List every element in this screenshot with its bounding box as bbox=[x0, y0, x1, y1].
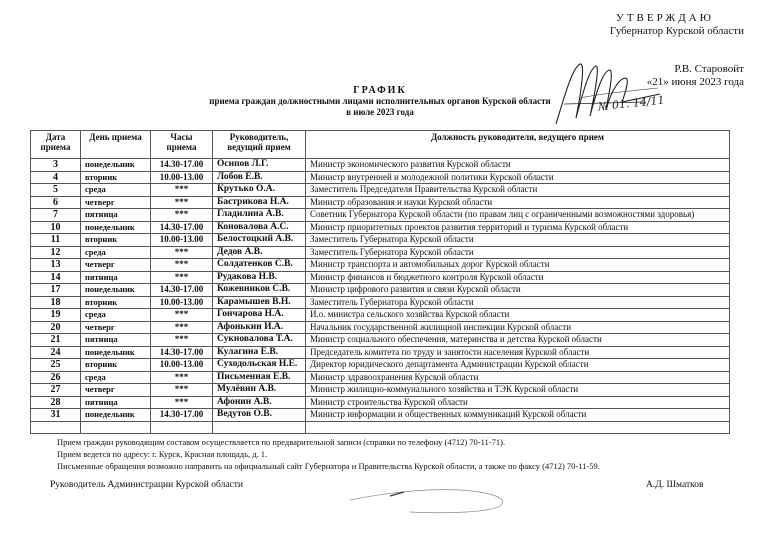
cell-head: Ведутов О.В. bbox=[213, 409, 306, 422]
note-written-appeals: Письменные обращения возможно направить … bbox=[57, 460, 600, 472]
cell-date: 19 bbox=[31, 309, 81, 322]
cell-day: вторник bbox=[81, 359, 151, 372]
cell-position: Советник Губернатора Курской области (по… bbox=[306, 209, 730, 222]
cell-hours: *** bbox=[151, 321, 213, 334]
cell-day: вторник bbox=[81, 234, 151, 247]
cell-head: Осипов Л.Г. bbox=[213, 159, 306, 172]
cell-day: пятница bbox=[81, 209, 151, 222]
header-day: День приема bbox=[81, 131, 151, 159]
cell-day: вторник bbox=[81, 296, 151, 309]
cell-date: 4 bbox=[31, 171, 81, 184]
cell-position: Министр здравоохранения Курской области bbox=[306, 371, 730, 384]
cell-head: Дедов А.В. bbox=[213, 246, 306, 259]
cell-hours: 10.00-13.00 bbox=[151, 296, 213, 309]
cell-hours: *** bbox=[151, 396, 213, 409]
cell-head: Афонин А.В. bbox=[213, 396, 306, 409]
cell-position: Заместитель Губернатора Курской области bbox=[306, 296, 730, 309]
title-main: ГРАФИК bbox=[180, 85, 580, 96]
header-position: Должность руководителя, ведущего прием bbox=[306, 131, 730, 159]
cell-day: понедельник bbox=[81, 221, 151, 234]
cell-hours: *** bbox=[151, 271, 213, 284]
cell-date: 6 bbox=[31, 196, 81, 209]
cell-date: 18 bbox=[31, 296, 81, 309]
cell-date: 3 bbox=[31, 159, 81, 172]
cell-position: Министр строительства Курской области bbox=[306, 396, 730, 409]
cell-position: Министр внутренней и молодежной политики… bbox=[306, 171, 730, 184]
empty-cell bbox=[31, 421, 81, 433]
cell-day: пятница bbox=[81, 334, 151, 347]
cell-date: 21 bbox=[31, 334, 81, 347]
cell-hours: *** bbox=[151, 196, 213, 209]
cell-day: четверг bbox=[81, 321, 151, 334]
cell-hours: 14.30-17.00 bbox=[151, 159, 213, 172]
approval-block: УТВЕРЖДАЮ Губернатор Курской области Р.В… bbox=[560, 12, 750, 38]
cell-hours: 14.30-17.00 bbox=[151, 409, 213, 422]
table-row: 28пятница***Афонин А.В.Министр строитель… bbox=[31, 396, 730, 409]
cell-position: Министр образования и науки Курской обла… bbox=[306, 196, 730, 209]
cell-head: Карамышев В.Н. bbox=[213, 296, 306, 309]
cell-date: 10 bbox=[31, 221, 81, 234]
cell-hours: 10.00-13.00 bbox=[151, 171, 213, 184]
table-row-empty bbox=[31, 421, 730, 433]
cell-position: Министр финансов и бюджетного контроля К… bbox=[306, 271, 730, 284]
empty-cell bbox=[151, 421, 213, 433]
table-row: 5среда***Крутько О.А.Заместитель Председ… bbox=[31, 184, 730, 197]
cell-hours: 14.30-17.00 bbox=[151, 346, 213, 359]
cell-head: Мулёвин А.В. bbox=[213, 384, 306, 397]
cell-position: Министр информации и общественных коммун… bbox=[306, 409, 730, 422]
empty-cell bbox=[306, 421, 730, 433]
cell-day: понедельник bbox=[81, 409, 151, 422]
cell-head: Белостоцкий А.В. bbox=[213, 234, 306, 247]
cell-head: Кулагина Е.В. bbox=[213, 346, 306, 359]
cell-date: 17 bbox=[31, 284, 81, 297]
schedule-body: 3понедельник14.30-17.00Осипов Л.Г.Минист… bbox=[31, 159, 730, 434]
cell-date: 5 bbox=[31, 184, 81, 197]
table-row: 12среда***Дедов А.В.Заместитель Губернат… bbox=[31, 246, 730, 259]
cell-head: Лобов Е.В. bbox=[213, 171, 306, 184]
cell-date: 26 bbox=[31, 371, 81, 384]
table-row: 3понедельник14.30-17.00Осипов Л.Г.Минист… bbox=[31, 159, 730, 172]
cell-day: среда bbox=[81, 184, 151, 197]
cell-date: 20 bbox=[31, 321, 81, 334]
cell-head: Крутько О.А. bbox=[213, 184, 306, 197]
cell-head: Коновалова А.С. bbox=[213, 221, 306, 234]
table-row: 31понедельник14.30-17.00Ведутов О.В.Мини… bbox=[31, 409, 730, 422]
cell-day: понедельник bbox=[81, 346, 151, 359]
cell-hours: 10.00-13.00 bbox=[151, 234, 213, 247]
cell-hours: *** bbox=[151, 184, 213, 197]
cell-date: 31 bbox=[31, 409, 81, 422]
cell-date: 14 bbox=[31, 271, 81, 284]
cell-head: Гончарова Н.А. bbox=[213, 309, 306, 322]
notes-block: Прием граждан руководящим составом осуще… bbox=[57, 436, 600, 472]
table-row: 14пятница***Рудакова Н.В.Министр финансо… bbox=[31, 271, 730, 284]
cell-hours: 14.30-17.00 bbox=[151, 284, 213, 297]
footer-position: Руководитель Администрации Курской облас… bbox=[50, 480, 243, 490]
table-row: 10понедельник14.30-17.00Коновалова А.С.М… bbox=[31, 221, 730, 234]
cell-hours: 14.30-17.00 bbox=[151, 221, 213, 234]
cell-hours: *** bbox=[151, 334, 213, 347]
cell-position: Министр приоритетных проектов развития т… bbox=[306, 221, 730, 234]
administration-head-signature-icon bbox=[340, 484, 520, 524]
title-subtitle: приема граждан должностными лицами испол… bbox=[180, 96, 580, 107]
empty-cell bbox=[213, 421, 306, 433]
cell-head: Бастрикова Н.А. bbox=[213, 196, 306, 209]
cell-position: Заместитель Губернатора Курской области bbox=[306, 234, 730, 247]
cell-hours: *** bbox=[151, 384, 213, 397]
approval-position: Губернатор Курской области bbox=[560, 25, 750, 38]
cell-head: Рудакова Н.В. bbox=[213, 271, 306, 284]
note-appointment: Прием граждан руководящим составом осуще… bbox=[57, 436, 600, 448]
cell-day: четверг bbox=[81, 384, 151, 397]
cell-position: Министр экономического развития Курской … bbox=[306, 159, 730, 172]
table-row: 17понедельник14.30-17.00Кожевников С.В.М… bbox=[31, 284, 730, 297]
cell-position: Начальник государственной жилищной инспе… bbox=[306, 321, 730, 334]
cell-position: Председатель комитета по труду и занятос… bbox=[306, 346, 730, 359]
table-row: 26среда***Письменная Е.В.Министр здравоо… bbox=[31, 371, 730, 384]
cell-date: 28 bbox=[31, 396, 81, 409]
footer-name: А.Д. Шматков bbox=[646, 480, 704, 490]
cell-position: Заместитель Губернатора Курской области bbox=[306, 246, 730, 259]
cell-hours: *** bbox=[151, 209, 213, 222]
table-row: 4вторник10.00-13.00Лобов Е.В.Министр вну… bbox=[31, 171, 730, 184]
header-date: Дата приема bbox=[31, 131, 81, 159]
table-row: 13четверг***Солдатенков С.В.Министр тран… bbox=[31, 259, 730, 272]
empty-cell bbox=[81, 421, 151, 433]
cell-hours: 10.00-13.00 bbox=[151, 359, 213, 372]
header-hours: Часы приема bbox=[151, 131, 213, 159]
cell-date: 13 bbox=[31, 259, 81, 272]
cell-head: Кожевников С.В. bbox=[213, 284, 306, 297]
header-head: Руководитель, ведущий прием bbox=[213, 131, 306, 159]
table-row: 24понедельник14.30-17.00Кулагина Е.В.Пре… bbox=[31, 346, 730, 359]
approval-heading: УТВЕРЖДАЮ bbox=[560, 12, 750, 25]
cell-date: 25 bbox=[31, 359, 81, 372]
table-row: 11вторник10.00-13.00Белостоцкий А.В.Заме… bbox=[31, 234, 730, 247]
table-row: 19среда***Гончарова Н.А.И.о. министра се… bbox=[31, 309, 730, 322]
cell-day: понедельник bbox=[81, 284, 151, 297]
table-header-row: Дата приема День приема Часы приема Руко… bbox=[31, 131, 730, 159]
cell-day: понедельник bbox=[81, 159, 151, 172]
cell-position: Министр цифрового развития и связи Курск… bbox=[306, 284, 730, 297]
cell-day: четверг bbox=[81, 196, 151, 209]
cell-day: среда bbox=[81, 246, 151, 259]
cell-day: среда bbox=[81, 309, 151, 322]
table-row: 20четверг***Афонькин И.А.Начальник госуд… bbox=[31, 321, 730, 334]
cell-date: 24 bbox=[31, 346, 81, 359]
cell-head: Письменная Е.В. bbox=[213, 371, 306, 384]
table-row: 21пятница***Сукновалова Т.А.Министр соци… bbox=[31, 334, 730, 347]
cell-day: вторник bbox=[81, 171, 151, 184]
cell-hours: *** bbox=[151, 309, 213, 322]
cell-date: 27 bbox=[31, 384, 81, 397]
cell-position: И.о. министра сельского хозяйства Курско… bbox=[306, 309, 730, 322]
cell-date: 11 bbox=[31, 234, 81, 247]
cell-day: пятница bbox=[81, 271, 151, 284]
schedule-table: Дата приема День приема Часы приема Руко… bbox=[30, 130, 730, 434]
cell-position: Заместитель Председателя Правительства К… bbox=[306, 184, 730, 197]
cell-head: Сукновалова Т.А. bbox=[213, 334, 306, 347]
cell-date: 12 bbox=[31, 246, 81, 259]
cell-day: четверг bbox=[81, 259, 151, 272]
table-row: 7пятница***Гладилина А.В.Советник Губерн… bbox=[31, 209, 730, 222]
cell-head: Гладилина А.В. bbox=[213, 209, 306, 222]
cell-head: Солдатенков С.В. bbox=[213, 259, 306, 272]
note-address: Прием ведется по адресу: г. Курск, Красн… bbox=[57, 448, 600, 460]
document-title: ГРАФИК приема граждан должностными лицам… bbox=[180, 85, 580, 118]
cell-position: Министр транспорта и автомобильных дорог… bbox=[306, 259, 730, 272]
cell-hours: *** bbox=[151, 371, 213, 384]
table-row: 18вторник10.00-13.00Карамышев В.Н.Замест… bbox=[31, 296, 730, 309]
cell-hours: *** bbox=[151, 259, 213, 272]
title-period: в июле 2023 года bbox=[180, 107, 580, 118]
cell-date: 7 bbox=[31, 209, 81, 222]
cell-head: Суходольская Н.Е. bbox=[213, 359, 306, 372]
cell-day: среда bbox=[81, 371, 151, 384]
cell-day: пятница bbox=[81, 396, 151, 409]
table-row: 27четверг***Мулёвин А.В.Министр жилищно-… bbox=[31, 384, 730, 397]
table-row: 25вторник10.00-13.00Суходольская Н.Е.Дир… bbox=[31, 359, 730, 372]
cell-position: Министр социального обеспечения, материн… bbox=[306, 334, 730, 347]
cell-head: Афонькин И.А. bbox=[213, 321, 306, 334]
cell-position: Министр жилищно-коммунального хозяйства … bbox=[306, 384, 730, 397]
cell-hours: *** bbox=[151, 246, 213, 259]
table-row: 6четверг***Бастрикова Н.А.Министр образо… bbox=[31, 196, 730, 209]
cell-position: Директор юридического департамента Админ… bbox=[306, 359, 730, 372]
